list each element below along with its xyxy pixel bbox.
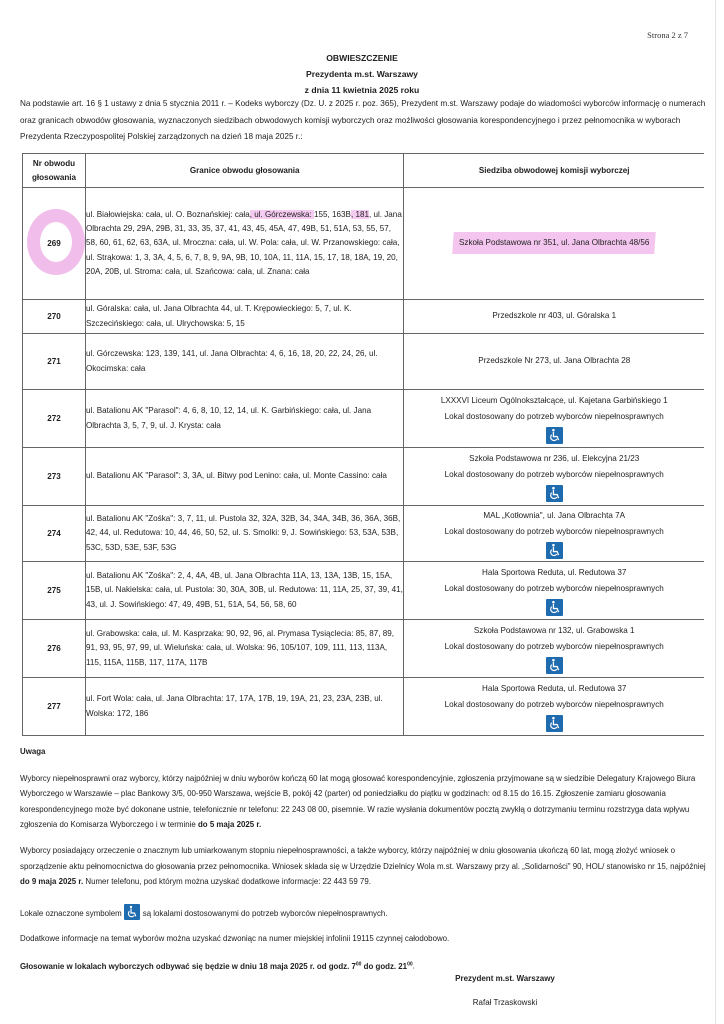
circuit-bounds: ul. Góralska: cała, ul. Jana Olbrachta 4… bbox=[85, 300, 403, 334]
document-title: OBWIESZCZENIE bbox=[0, 50, 724, 66]
circuit-number: 275 bbox=[23, 562, 86, 620]
circuit-bounds: ul. Batalionu AK "Parasol": 3, 3A, ul. B… bbox=[85, 448, 403, 506]
header-circuit-bounds: Granice obwodu głosowania bbox=[85, 154, 403, 188]
seat-address: Przedszkole Nr 273, ul. Jana Olbrachta 2… bbox=[404, 353, 704, 369]
commission-seat: LXXXVI Liceum Ogólnokształcące, ul. Kaje… bbox=[404, 390, 704, 448]
circuit-number: 269 bbox=[23, 188, 86, 300]
table-row: 272ul. Batalionu AK "Parasol": 4, 6, 8, … bbox=[23, 390, 705, 448]
commission-seat: Hala Sportowa Reduta, ul. Redutowa 37Lok… bbox=[404, 678, 704, 736]
accessible-label: Lokal dostosowany do potrzeb wyborców ni… bbox=[404, 409, 704, 425]
circuit-bounds: ul. Batalionu AK "Zośka": 3, 7, 11, ul. … bbox=[85, 506, 403, 562]
highlighted-text: , ul. Górczewska: bbox=[250, 210, 314, 219]
notes-proxy-voting: Wyborcy posiadający orzeczenie o znaczny… bbox=[20, 843, 710, 890]
wheelchair-icon bbox=[546, 657, 563, 674]
seat-address: Szkoła Podstawowa nr 132, ul. Grabowska … bbox=[404, 623, 704, 639]
commission-seat: Szkoła Podstawowa nr 236, ul. Elekcyjna … bbox=[404, 448, 704, 506]
signature-name: Rafał Trzaskowski bbox=[435, 998, 575, 1007]
wheelchair-icon bbox=[546, 542, 563, 559]
commission-seat: Przedszkole nr 403, ul. Góralska 1 bbox=[404, 300, 704, 334]
header-commission-seat: Siedziba obwodowej komisji wyborczej bbox=[404, 154, 704, 188]
header-circuit-number: Nr obwodu głosowania bbox=[23, 154, 86, 188]
document-header: OBWIESZCZENIE Prezydenta m.st. Warszawy … bbox=[0, 50, 724, 98]
circuit-number: 272 bbox=[23, 390, 86, 448]
circuit-number: 274 bbox=[23, 506, 86, 562]
signature-role: Prezydent m.st. Warszawy bbox=[435, 974, 575, 983]
seat-address: MAL „Kotłownia", ul. Jana Olbrachta 7A bbox=[404, 508, 704, 524]
circuit-number: 270 bbox=[23, 300, 86, 334]
commission-seat: Szkoła Podstawowa nr 351, ul. Jana Olbra… bbox=[404, 188, 704, 300]
seat-address: Przedszkole nr 403, ul. Góralska 1 bbox=[404, 308, 704, 324]
commission-seat: Przedszkole Nr 273, ul. Jana Olbrachta 2… bbox=[404, 334, 704, 390]
page-number: Strona 2 z 7 bbox=[647, 30, 688, 40]
notes-section: Uwaga Wyborcy niepełnosprawni oraz wybor… bbox=[20, 744, 710, 974]
wheelchair-icon bbox=[546, 715, 563, 732]
accessible-label: Lokal dostosowany do potrzeb wyborców ni… bbox=[404, 524, 704, 540]
table-row: 269ul. Białowiejska: cała, ul. O. Boznań… bbox=[23, 188, 705, 300]
table-row: 276ul. Grabowska: cała, ul. M. Kasprzaka… bbox=[23, 620, 705, 678]
wheelchair-icon bbox=[546, 599, 563, 616]
circuit-bounds: ul. Górczewska: 123, 139, 141, ul. Jana … bbox=[85, 334, 403, 390]
commission-seat: Szkoła Podstawowa nr 132, ul. Grabowska … bbox=[404, 620, 704, 678]
seat-address: LXXXVI Liceum Ogólnokształcące, ul. Kaje… bbox=[404, 393, 704, 409]
seat-address: Hala Sportowa Reduta, ul. Redutowa 37 bbox=[404, 565, 704, 581]
accessible-label: Lokal dostosowany do potrzeb wyborców ni… bbox=[404, 581, 704, 597]
wheelchair-icon bbox=[124, 904, 140, 920]
circuit-bounds: ul. Białowiejska: cała, ul. O. Boznański… bbox=[85, 188, 403, 300]
circuit-bounds: ul. Batalionu AK "Zośka": 2, 4, 4A, 4B, … bbox=[85, 562, 403, 620]
highlighted-text: , 181 bbox=[351, 210, 369, 219]
circuit-number: 277 bbox=[23, 678, 86, 736]
wheelchair-icon bbox=[546, 485, 563, 502]
circuit-bounds: ul. Fort Wola: cała, ul. Jana Olbrachta:… bbox=[85, 678, 403, 736]
voting-circuits-table: Nr obwodu głosowania Granice obwodu głos… bbox=[22, 153, 704, 736]
seat-address: Hala Sportowa Reduta, ul. Redutowa 37 bbox=[404, 681, 704, 697]
notes-infoline: Dodatkowe informacje na temat wyborów mo… bbox=[20, 931, 710, 947]
circuit-bounds: ul. Batalionu AK "Parasol": 4, 6, 8, 10,… bbox=[85, 390, 403, 448]
table-row: 274ul. Batalionu AK "Zośka": 3, 7, 11, u… bbox=[23, 506, 705, 562]
table-row: 271ul. Górczewska: 123, 139, 141, ul. Ja… bbox=[23, 334, 705, 390]
notes-title: Uwaga bbox=[20, 744, 710, 760]
notes-voting-hours: Głosowanie w lokalach wyborczych odbywać… bbox=[20, 957, 710, 974]
table-row: 270ul. Góralska: cała, ul. Jana Olbracht… bbox=[23, 300, 705, 334]
circuit-bounds: ul. Grabowska: cała, ul. M. Kasprzaka: 9… bbox=[85, 620, 403, 678]
seat-address: Szkoła Podstawowa nr 236, ul. Elekcyjna … bbox=[404, 451, 704, 467]
table-row: 277ul. Fort Wola: cała, ul. Jana Olbrach… bbox=[23, 678, 705, 736]
commission-seat: MAL „Kotłownia", ul. Jana Olbrachta 7ALo… bbox=[404, 506, 704, 562]
circuit-number: 276 bbox=[23, 620, 86, 678]
notes-symbol-legend: Lokale oznaczone symbolemsą lokalami dos… bbox=[20, 904, 710, 922]
intro-paragraph: Na podstawie art. 16 § 1 ustawy z dnia 5… bbox=[20, 96, 710, 146]
document-issuer: Prezydenta m.st. Warszawy bbox=[0, 66, 724, 82]
highlighted-text: Szkoła Podstawowa nr 351, ul. Jana Olbra… bbox=[452, 232, 656, 254]
circuit-number: 271 bbox=[23, 334, 86, 390]
accessible-label: Lokal dostosowany do potrzeb wyborców ni… bbox=[404, 639, 704, 655]
notes-postal-voting: Wyborcy niepełnosprawni oraz wyborcy, kt… bbox=[20, 771, 710, 833]
table-header-row: Nr obwodu głosowania Granice obwodu głos… bbox=[23, 154, 705, 188]
accessible-label: Lokal dostosowany do potrzeb wyborców ni… bbox=[404, 467, 704, 483]
table-row: 273ul. Batalionu AK "Parasol": 3, 3A, ul… bbox=[23, 448, 705, 506]
accessible-label: Lokal dostosowany do potrzeb wyborców ni… bbox=[404, 697, 704, 713]
wheelchair-icon bbox=[546, 427, 563, 444]
table-row: 275ul. Batalionu AK "Zośka": 2, 4, 4A, 4… bbox=[23, 562, 705, 620]
commission-seat: Hala Sportowa Reduta, ul. Redutowa 37Lok… bbox=[404, 562, 704, 620]
page-edge bbox=[715, 0, 716, 1024]
circuit-number: 273 bbox=[23, 448, 86, 506]
